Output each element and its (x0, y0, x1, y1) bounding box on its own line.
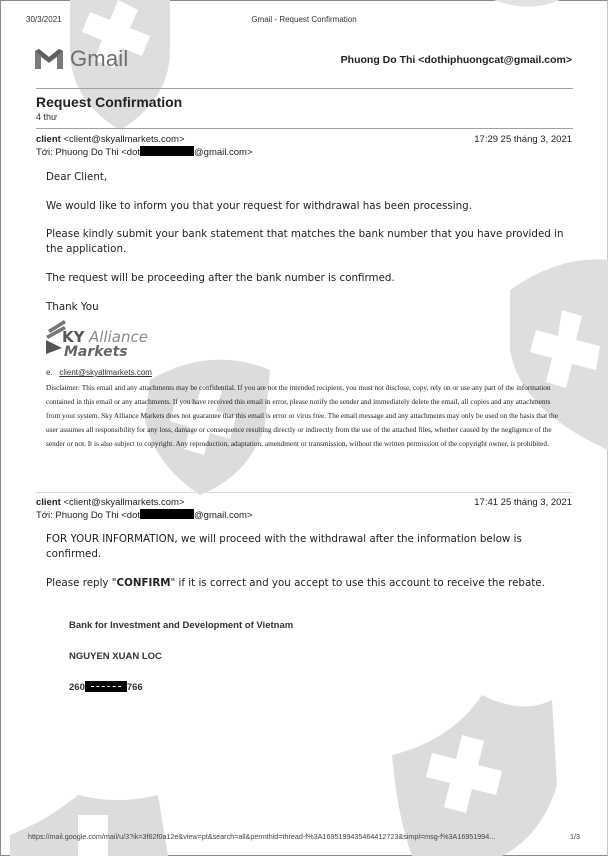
body-paragraph: Please kindly submit your bank statement… (46, 227, 576, 257)
account-prefix: 260 (69, 682, 85, 693)
sender-name: client (36, 497, 61, 508)
bank-name: Bank for Investment and Development of V… (69, 620, 293, 631)
redaction-bar (140, 509, 194, 519)
greeting: Dear Client, (46, 170, 576, 185)
account-holder: NGUYEN XUAN LOC (69, 651, 162, 662)
gmail-logo: Gmail (34, 46, 128, 72)
account-suffix: 766 (127, 682, 143, 693)
body-paragraph: Please reply "CONFIRM" if it is correct … (46, 576, 576, 591)
signature-email-line: e. client@skyallmarkets.com (46, 368, 152, 377)
redaction-bar (140, 146, 194, 156)
thread-subject: Request Confirmation (36, 94, 182, 110)
redaction-bar (85, 681, 127, 692)
logo-markets: Markets (64, 344, 128, 360)
message-recipient: Tới: Phuong Do Thi <dot@gmail.com> (36, 509, 253, 521)
message-recipient: Tới: Phuong Do Thi <dot@gmail.com> (36, 146, 253, 158)
recipient-prefix: Tới: Phuong Do Thi <dot (36, 510, 140, 521)
message-sender: client <client@skyallmarkets.com> (36, 134, 185, 145)
sender-name: client (36, 134, 61, 145)
page-number: 1/3 (570, 832, 580, 841)
divider (36, 128, 573, 129)
recipient-suffix: @gmail.com> (194, 510, 252, 521)
sender-email: <client@skyallmarkets.com> (63, 497, 184, 508)
disclaimer: Disclaimer: This email and any attachmen… (46, 381, 566, 451)
sign-off: Thank You (46, 300, 576, 315)
sky-alliance-logo: KY Alliance Markets (44, 320, 164, 362)
message-sender: client <client@skyallmarkets.com> (36, 497, 185, 508)
email-prefix: e. (46, 368, 53, 377)
signature-email-link[interactable]: client@skyallmarkets.com (59, 368, 152, 377)
confirm-keyword: CONFIRM (117, 577, 171, 589)
print-title: Gmail - Request Confirmation (0, 15, 608, 24)
gmail-m-icon (34, 48, 64, 70)
account-label: Phuong Do Thi <dothiphuongcat@gmail.com> (341, 54, 572, 66)
body-paragraph: We would like to inform you that your re… (46, 199, 576, 214)
text-fragment: " if it is correct and you accept to use… (171, 577, 545, 589)
recipient-prefix: Tới: Phuong Do Thi <dot (36, 147, 140, 158)
gmail-wordmark: Gmail (70, 46, 128, 72)
body-paragraph: FOR YOUR INFORMATION, we will proceed wi… (46, 532, 576, 562)
account-number: 260766 (69, 681, 143, 693)
body-paragraph: The request will be proceeding after the… (46, 271, 576, 286)
message-timestamp: 17:41 25 tháng 3, 2021 (474, 497, 572, 508)
print-footer-url: https://mail.google.com/mail/u/3?ik=3f62… (28, 832, 495, 841)
text-fragment: Please reply " (46, 577, 117, 589)
message-count: 4 thư (36, 112, 57, 122)
divider (36, 88, 573, 89)
divider (36, 492, 573, 493)
message-timestamp: 17:29 25 tháng 3, 2021 (474, 134, 572, 145)
sender-email: <client@skyallmarkets.com> (63, 134, 184, 145)
recipient-suffix: @gmail.com> (194, 147, 252, 158)
